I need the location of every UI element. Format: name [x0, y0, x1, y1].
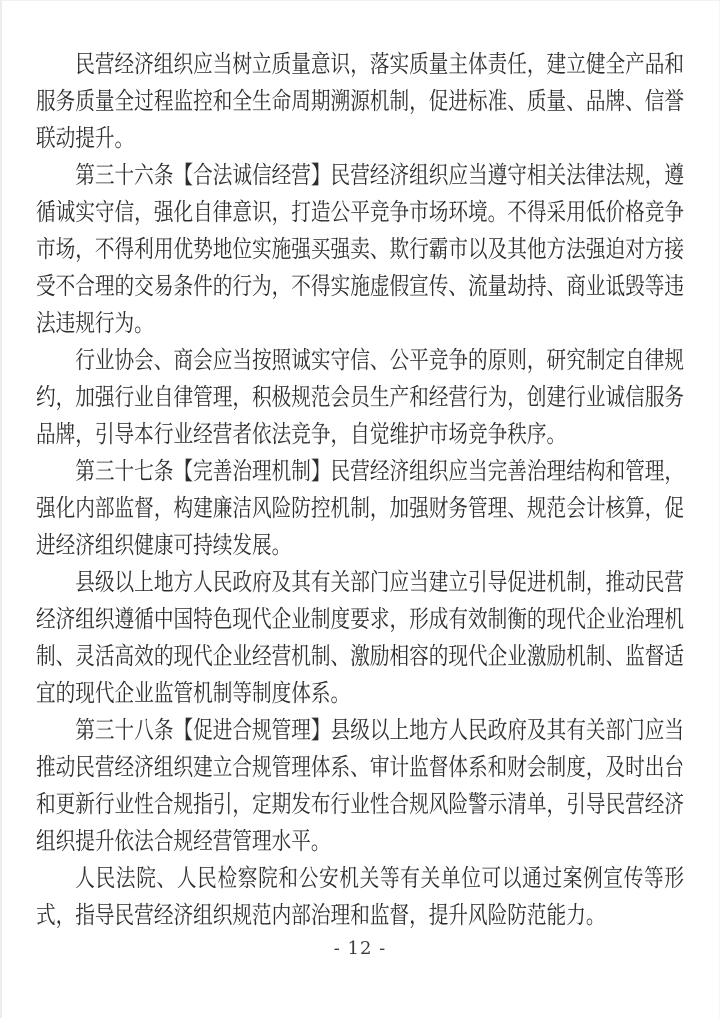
paragraph-quality-mechanism: 民营经济组织应当树立质量意识，落实质量主体责任，建立健全产品和服务质量全过程监控…: [36, 46, 684, 157]
paragraph-local-government-guidance: 县级以上地方人民政府及其有关部门应当建立引导促进机制，推动民营经济组织遵循中国特…: [36, 564, 684, 712]
paragraph-courts-procuratorates: 人民法院、人民检察院和公安机关等有关单位可以通过案例宣传等形式，指导民营经济组织…: [36, 860, 684, 934]
text-column: 民营经济组织应当树立质量意识，落实质量主体责任，建立健全产品和服务质量全过程监控…: [36, 46, 684, 934]
document-page: 民营经济组织应当树立质量意识，落实质量主体责任，建立健全产品和服务质量全过程监控…: [0, 0, 720, 1018]
paragraph-article-37-governance-mechanism: 第三十七条【完善治理机制】民营经济组织应当完善治理结构和管理，强化内部监督，构建…: [36, 453, 684, 564]
paragraph-article-38-compliance-management: 第三十八条【促进合规管理】县级以上地方人民政府及其有关部门应当推动民营经济组织建…: [36, 712, 684, 860]
paragraph-article-36-lawful-honest-operation: 第三十六条【合法诚信经营】民营经济组织应当遵守相关法律法规，遵循诚实守信，强化自…: [36, 157, 684, 342]
document-body: 民营经济组织应当树立质量意识，落实质量主体责任，建立健全产品和服务质量全过程监控…: [36, 46, 684, 934]
page-number: - 12 -: [0, 938, 720, 959]
paragraph-industry-associations: 行业协会、商会应当按照诚实守信、公平竞争的原则，研究制定自律规约，加强行业自律管…: [36, 342, 684, 453]
